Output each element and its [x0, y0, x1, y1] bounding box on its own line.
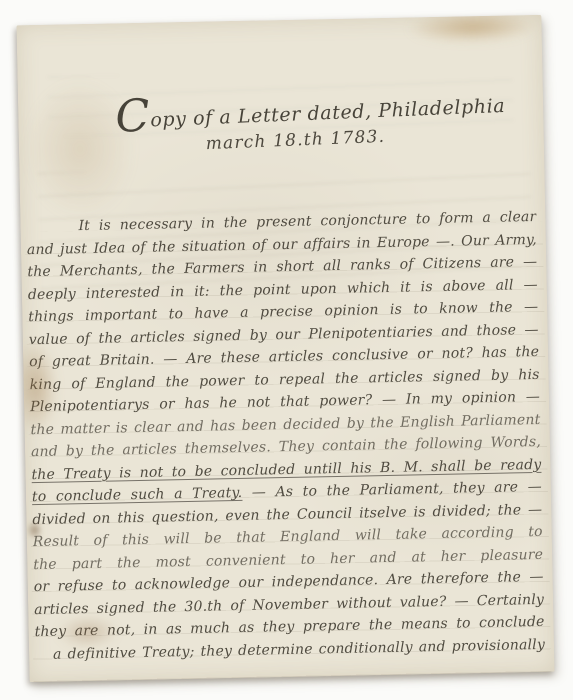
letter-page: Copy of a Letter dated, Philadelphia mar…: [16, 15, 554, 682]
letter-heading: Copy of a Letter dated, Philadelphia mar…: [16, 15, 545, 162]
letter-body: It is necessary in the present conjonctu…: [26, 206, 545, 666]
photo-background: Copy of a Letter dated, Philadelphia mar…: [0, 0, 573, 700]
